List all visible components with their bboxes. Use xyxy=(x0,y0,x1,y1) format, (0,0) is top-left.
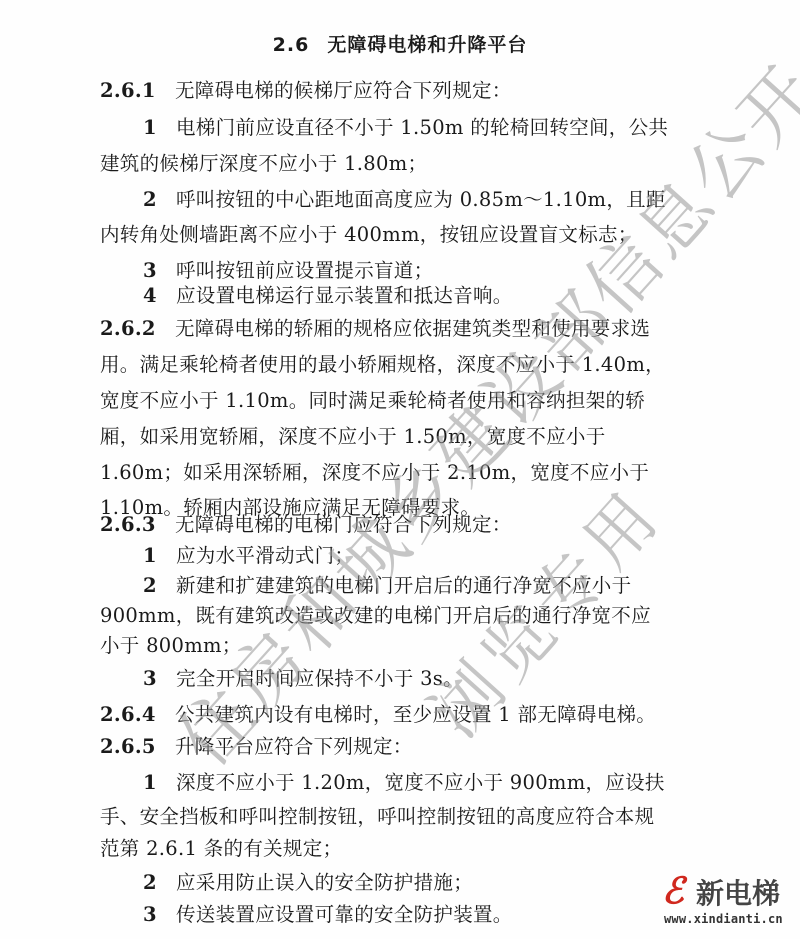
item-number: 2 xyxy=(143,187,176,213)
item-text: 新建和扩建建筑的电梯门开启后的通行净宽不应小于 xyxy=(176,574,631,597)
list-item: 1应为水平滑动式门； xyxy=(143,543,743,569)
site-logo: ℰ 新电梯 www.xindianti.cn xyxy=(662,870,797,930)
item-continuation: 手、安全挡板和呼叫控制按钮，呼叫控制按钮的高度应符合本规 xyxy=(100,804,700,830)
item-number: 1 xyxy=(143,770,176,796)
item-number: 2 xyxy=(143,870,176,896)
item-text: 呼叫按钮前应设置提示盲道； xyxy=(176,259,433,282)
logo-mark-icon: ℰ xyxy=(662,870,684,912)
document-page: 2.6无障碍电梯和升降平台 2.6.1无障碍电梯的候梯厅应符合下列规定： 1电梯… xyxy=(0,0,800,939)
item-number: 1 xyxy=(143,115,176,141)
clause-2-6-4: 2.6.4公共建筑内设有电梯时，至少应设置 1 部无障碍电梯。 xyxy=(100,702,700,728)
clause-text: 无障碍电梯的候梯厅应符合下列规定： xyxy=(175,79,512,102)
item-number: 1 xyxy=(143,543,176,569)
list-item: 3传送装置应设置可靠的安全防护装置。 xyxy=(143,902,743,928)
list-item: 1深度不应小于 1.20m，宽度不应小于 900mm，应设扶 xyxy=(143,770,743,796)
clause-2-6-3: 2.6.3无障碍电梯的电梯门应符合下列规定： xyxy=(100,512,700,538)
clause-2-6-1: 2.6.1无障碍电梯的候梯厅应符合下列规定： xyxy=(100,78,700,104)
clause-number: 2.6.2 xyxy=(100,316,175,342)
clause-text: 无障碍电梯的电梯门应符合下列规定： xyxy=(175,513,512,536)
item-number: 3 xyxy=(143,666,176,692)
clause-number: 2.6.4 xyxy=(100,702,175,728)
item-text: 应采用防止误入的安全防护措施； xyxy=(176,871,473,894)
clause-number: 2.6.1 xyxy=(100,78,175,104)
item-continuation: 范第 2.6.1 条的有关规定； xyxy=(100,836,700,862)
item-text: 深度不应小于 1.20m，宽度不应小于 900mm，应设扶 xyxy=(176,771,665,794)
item-continuation: 900mm，既有建筑改造或改建的电梯门开启后的通行净宽不应 xyxy=(100,603,700,629)
item-text: 应为水平滑动式门； xyxy=(176,544,354,567)
item-text: 完全开启时间应保持不小于 3s。 xyxy=(176,667,463,690)
list-item: 1电梯门前应设直径不小于 1.50m 的轮椅回转空间，公共 xyxy=(143,115,743,141)
item-number: 4 xyxy=(143,283,176,309)
clause-number: 2.6.5 xyxy=(100,734,175,760)
list-item: 3完全开启时间应保持不小于 3s。 xyxy=(143,666,743,692)
item-continuation: 小于 800mm； xyxy=(100,633,700,659)
logo-url: www.xindianti.cn xyxy=(664,912,783,926)
list-item: 4应设置电梯运行显示装置和抵达音响。 xyxy=(143,283,743,309)
logo-name: 新电梯 xyxy=(696,872,780,912)
clause-2-6-2: 2.6.2无障碍电梯的轿厢的规格应依据建筑类型和使用要求选 xyxy=(100,316,700,342)
item-text: 应设置电梯运行显示装置和抵达音响。 xyxy=(176,284,513,307)
item-text: 呼叫按钮的中心距地面高度应为 0.85m～1.10m，且距 xyxy=(176,188,666,211)
clause-continuation: 1.60m；如采用深轿厢，深度不应小于 2.10m，宽度不应小于 xyxy=(100,460,700,486)
clause-continuation: 用。满足乘轮椅者使用的最小轿厢规格，深度不应小于 1.40m， xyxy=(100,352,700,378)
clause-text: 无障碍电梯的轿厢的规格应依据建筑类型和使用要求选 xyxy=(175,317,650,340)
item-text: 电梯门前应设直径不小于 1.50m 的轮椅回转空间，公共 xyxy=(176,116,668,139)
list-item: 3呼叫按钮前应设置提示盲道； xyxy=(143,258,743,284)
list-item: 2呼叫按钮的中心距地面高度应为 0.85m～1.10m，且距 xyxy=(143,187,743,213)
item-text: 传送装置应设置可靠的安全防护装置。 xyxy=(176,903,513,926)
clause-continuation: 宽度不应小于 1.10m。同时满足乘轮椅者使用和容纳担架的轿 xyxy=(100,388,700,414)
list-item: 2应采用防止误入的安全防护措施； xyxy=(143,870,743,896)
item-continuation: 建筑的候梯厅深度不应小于 1.80m； xyxy=(100,151,700,177)
clause-continuation: 厢，如采用宽轿厢，深度不应小于 1.50m，宽度不应小于 xyxy=(100,424,700,450)
section-number: 2.6 xyxy=(273,34,310,56)
section-title-text: 无障碍电梯和升降平台 xyxy=(327,34,527,56)
list-item: 2新建和扩建建筑的电梯门开启后的通行净宽不应小于 xyxy=(143,573,743,599)
clause-2-6-5: 2.6.5升降平台应符合下列规定： xyxy=(100,734,700,760)
clause-text: 公共建筑内设有电梯时，至少应设置 1 部无障碍电梯。 xyxy=(175,703,656,726)
item-number: 3 xyxy=(143,258,176,284)
item-continuation: 内转角处侧墙距离不应小于 400mm，按钮应设置盲文标志； xyxy=(100,222,700,248)
clause-number: 2.6.3 xyxy=(100,512,175,538)
item-number: 3 xyxy=(143,902,176,928)
item-number: 2 xyxy=(143,573,176,599)
section-title: 2.6无障碍电梯和升降平台 xyxy=(0,30,800,57)
clause-text: 升降平台应符合下列规定： xyxy=(175,735,413,758)
